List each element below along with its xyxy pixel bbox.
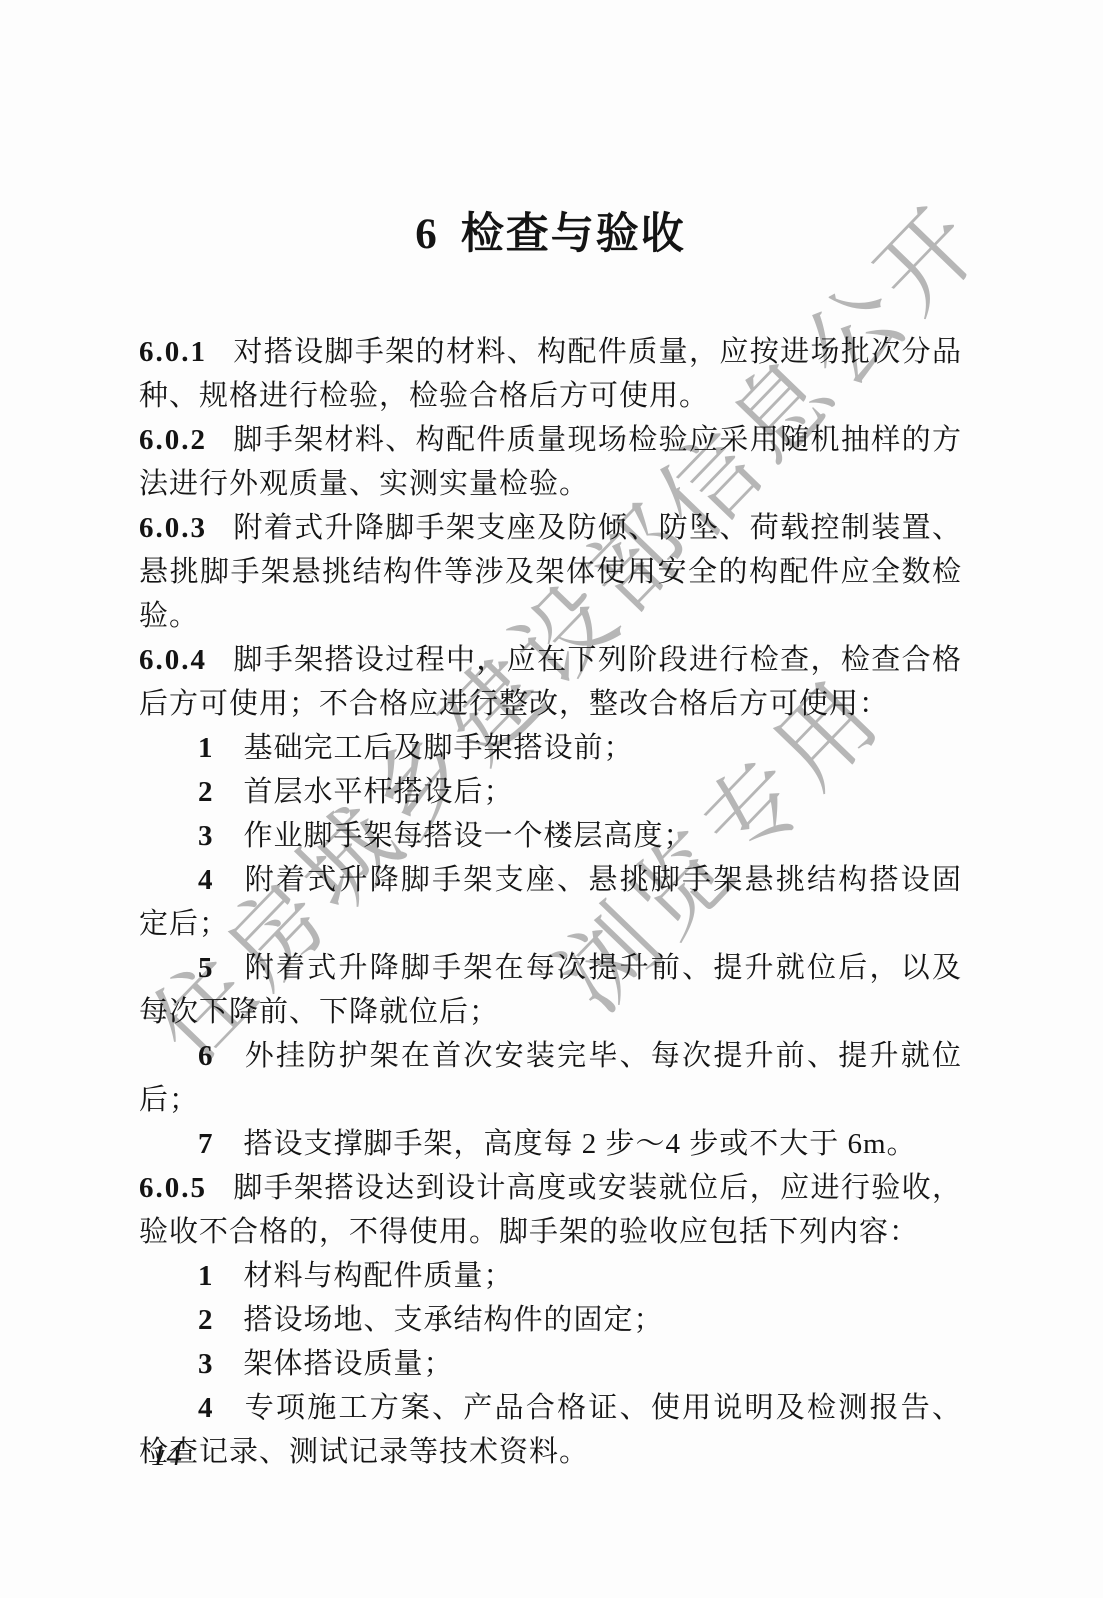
clause-label: 6.0.3 <box>139 512 207 544</box>
clause-text: 对搭设脚手架的材料、构配件质量，应按进场批次分品种、规格进行检验，检验合格后方可… <box>139 336 962 412</box>
chapter-title-text: 检查与验收 <box>461 211 686 258</box>
list-item: 3架体搭设质量； <box>139 1342 962 1386</box>
clause-6-0-5: 6.0.5脚手架搭设达到设计高度或安装就位后，应进行验收，验收不合格的，不得使用… <box>139 1166 962 1254</box>
chapter-number: 6 <box>415 211 437 258</box>
clause-text: 脚手架搭设达到设计高度或安装就位后，应进行验收，验收不合格的，不得使用。脚手架的… <box>139 1172 962 1248</box>
item-number: 6 <box>198 1040 214 1072</box>
clause-6-0-2: 6.0.2脚手架材料、构配件质量现场检验应采用随机抽样的方法进行外观质量、实测实… <box>139 418 962 506</box>
chapter-title: 6检查与验收 <box>139 0 962 330</box>
page-number: 14 <box>151 1437 182 1473</box>
item-number: 3 <box>198 1348 214 1380</box>
clause-label: 6.0.2 <box>139 424 207 456</box>
clause-text: 脚手架搭设过程中，应在下列阶段进行检查，检查合格后方可使用；不合格应进行整改，整… <box>139 644 962 720</box>
item-text: 作业脚手架每搭设一个楼层高度； <box>244 820 694 852</box>
item-number: 1 <box>198 1260 214 1292</box>
item-text: 附着式升降脚手架在每次提升前、提升就位后，以及每次下降前、下降就位后； <box>139 952 962 1028</box>
item-number: 4 <box>198 1392 214 1424</box>
item-text: 基础完工后及脚手架搭设前； <box>244 732 634 764</box>
page-body: 6检查与验收 6.0.1对搭设脚手架的材料、构配件质量，应按进场批次分品种、规格… <box>139 0 962 1474</box>
list-item: 3作业脚手架每搭设一个楼层高度； <box>139 814 962 858</box>
clause-text: 脚手架材料、构配件质量现场检验应采用随机抽样的方法进行外观质量、实测实量检验。 <box>139 424 962 500</box>
list-item: 7搭设支撑脚手架，高度每 2 步～4 步或不大于 6m。 <box>139 1122 962 1166</box>
clause-6-0-3: 6.0.3附着式升降脚手架支座及防倾、防坠、荷载控制装置、悬挑脚手架悬挑结构件等… <box>139 506 962 638</box>
list-item: 1材料与构配件质量； <box>139 1254 962 1298</box>
list-item: 6外挂防护架在首次安装完毕、每次提升前、提升就位后； <box>139 1034 962 1122</box>
clause-6-0-4: 6.0.4脚手架搭设过程中，应在下列阶段进行检查，检查合格后方可使用；不合格应进… <box>139 638 962 726</box>
item-text: 搭设支撑脚手架，高度每 2 步～4 步或不大于 6m。 <box>244 1128 917 1160</box>
item-number: 5 <box>198 952 214 984</box>
clause-label: 6.0.4 <box>139 644 207 676</box>
clause-text: 附着式升降脚手架支座及防倾、防坠、荷载控制装置、悬挑脚手架悬挑结构件等涉及架体使… <box>139 512 962 632</box>
item-number: 3 <box>198 820 214 852</box>
item-number: 7 <box>198 1128 214 1160</box>
list-item: 1基础完工后及脚手架搭设前； <box>139 726 962 770</box>
item-number: 2 <box>198 776 214 808</box>
item-text: 附着式升降脚手架支座、悬挑脚手架悬挑结构搭设固定后； <box>139 864 962 940</box>
item-number: 2 <box>198 1304 214 1336</box>
list-item: 4附着式升降脚手架支座、悬挑脚手架悬挑结构搭设固定后； <box>139 858 962 946</box>
item-text: 搭设场地、支承结构件的固定； <box>244 1304 664 1336</box>
item-number: 4 <box>198 864 214 896</box>
item-text: 专项施工方案、产品合格证、使用说明及检测报告、检查记录、测试记录等技术资料。 <box>139 1392 962 1468</box>
clause-label: 6.0.1 <box>139 336 207 368</box>
item-text: 架体搭设质量； <box>244 1348 454 1380</box>
clause-6-0-1: 6.0.1对搭设脚手架的材料、构配件质量，应按进场批次分品种、规格进行检验，检验… <box>139 330 962 418</box>
list-item: 4专项施工方案、产品合格证、使用说明及检测报告、检查记录、测试记录等技术资料。 <box>139 1386 962 1474</box>
list-item: 2搭设场地、支承结构件的固定； <box>139 1298 962 1342</box>
list-item: 5附着式升降脚手架在每次提升前、提升就位后，以及每次下降前、下降就位后； <box>139 946 962 1034</box>
list-item: 2首层水平杆搭设后； <box>139 770 962 814</box>
item-text: 外挂防护架在首次安装完毕、每次提升前、提升就位后； <box>139 1040 962 1116</box>
item-text: 材料与构配件质量； <box>244 1260 514 1292</box>
item-number: 1 <box>198 732 214 764</box>
item-text: 首层水平杆搭设后； <box>244 776 514 808</box>
clause-label: 6.0.5 <box>139 1172 207 1204</box>
